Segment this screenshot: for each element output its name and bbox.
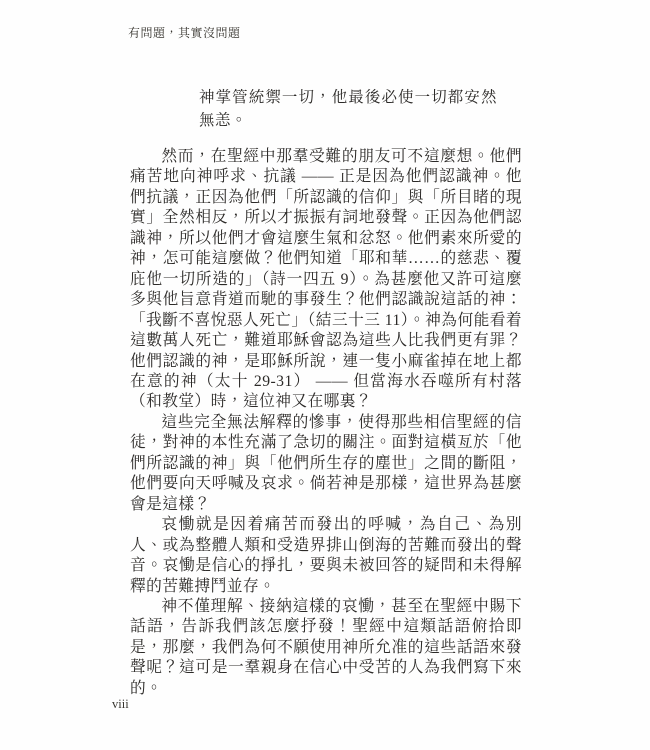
paragraph: 這些完全無法解釋的慘事，使得那些相信聖經的信徒，對神的本性充滿了急切的關注。面對… bbox=[130, 413, 522, 515]
paragraph: 神不僅理解、接納這樣的哀慟，甚至在聖經中賜下話語，告訴我們該怎麼抒發！聖經中這類… bbox=[130, 597, 522, 699]
page-number: viii bbox=[112, 697, 129, 712]
running-header: 有問題，其實沒問題 bbox=[128, 24, 241, 41]
paragraph: 然而，在聖經中那羣受難的朋友可不這麼想。他們痛苦地向神呼求、抗議 —— 正是因為… bbox=[130, 147, 522, 413]
epigraph-quote: 神掌管統禦一切，他最後必使一切都安然無恙。 bbox=[199, 86, 497, 132]
book-page: 有問題，其實沒問題 神掌管統禦一切，他最後必使一切都安然無恙。 然而，在聖經中那… bbox=[0, 0, 650, 750]
paragraph: 哀慟就是因着痛苦而發出的呼喊，為自己、為別人、或為整體人類和受造界排山倒海的苦難… bbox=[130, 515, 522, 597]
body-text: 然而，在聖經中那羣受難的朋友可不這麼想。他們痛苦地向神呼求、抗議 —— 正是因為… bbox=[130, 147, 522, 699]
